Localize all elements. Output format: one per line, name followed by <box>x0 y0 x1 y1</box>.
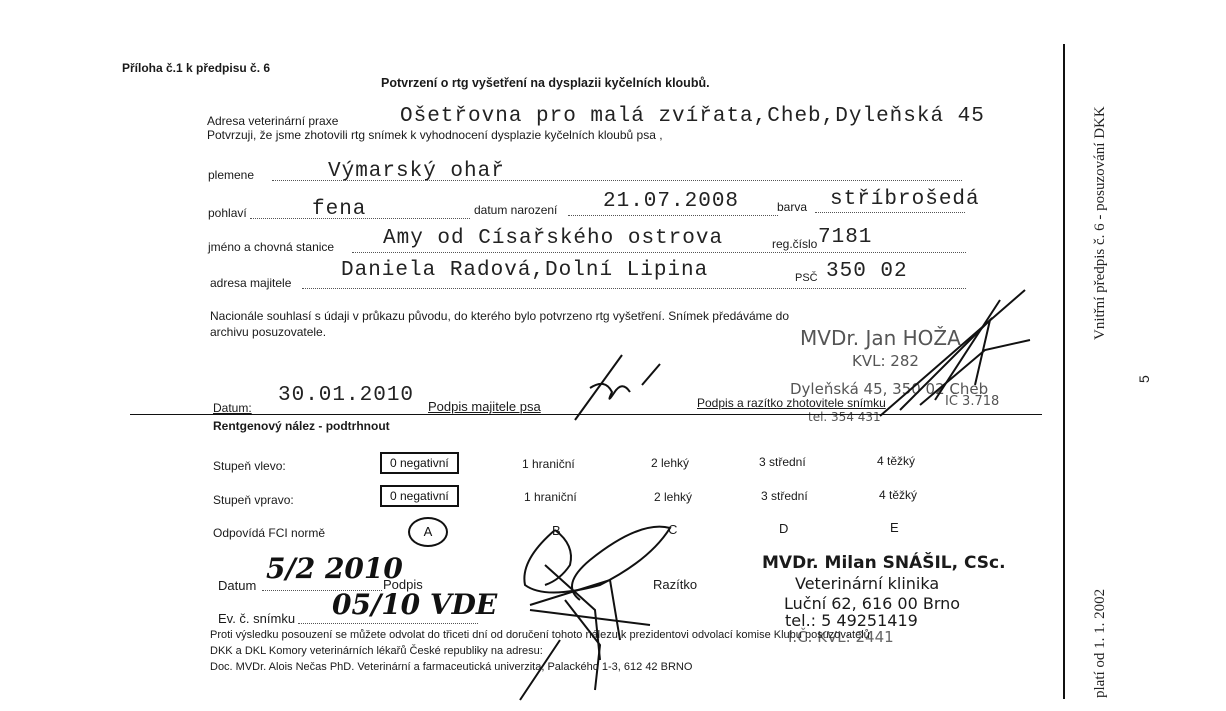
findings-heading: Rentgenový nález - podtrhnout <box>213 419 390 433</box>
fci-option-c[interactable]: C <box>668 522 677 537</box>
owner-label: adresa majitele <box>210 276 291 290</box>
eval-stamp-label: Razítko <box>653 577 697 592</box>
regulation-label: Vnitřní předpis č. 6 - posuzování DKK <box>1092 106 1109 340</box>
grade-left-1[interactable]: 1 hraniční <box>522 457 575 471</box>
evaluator-signature-icon <box>520 527 670 700</box>
valid-from-label: platí od 1. 1. 2002 <box>1092 589 1109 698</box>
ev-number-label: Ev. č. snímku <box>218 611 295 626</box>
appeal-text-3: Doc. MVDr. Alois Nečas PhD. Veterinární … <box>210 661 692 673</box>
breed-value[interactable]: Výmarský ohař <box>328 160 505 183</box>
grade-right-selected[interactable]: 0 negativní <box>380 485 459 507</box>
reg-value[interactable]: 7181 <box>818 226 872 249</box>
grade-left-4[interactable]: 4 těžký <box>877 454 915 468</box>
reg-label: reg.číslo <box>772 237 817 251</box>
vet-practice-label: Adresa veterinární praxe <box>207 114 338 128</box>
signature-rule <box>130 414 1042 415</box>
identity-text-1: Nacionále souhlasí s údaji v průkazu pův… <box>210 309 789 323</box>
color-label: barva <box>777 200 807 214</box>
fci-option-b[interactable]: B <box>552 523 561 538</box>
identity-text-2: archivu posuzovatele. <box>210 325 326 339</box>
date-value[interactable]: 30.01.2010 <box>278 384 414 407</box>
sex-value[interactable]: fena <box>312 198 366 221</box>
grade-right-4[interactable]: 4 těžký <box>879 488 917 502</box>
maker-signature-label: Podpis a razítko zhotovitele snímku <box>697 396 886 410</box>
grade-left-2[interactable]: 2 lehký <box>651 456 689 470</box>
owner-signature-label: Podpis majitele psa <box>428 399 541 414</box>
dob-label: datum narození <box>474 203 557 217</box>
grade-right-2[interactable]: 2 lehký <box>654 490 692 504</box>
name-value[interactable]: Amy od Císařského ostrova <box>383 227 723 250</box>
ev-number-value[interactable]: 05/10 VDE <box>332 588 497 621</box>
fci-label: Odpovídá FCI normě <box>213 526 325 540</box>
date-label: Datum: <box>213 401 252 415</box>
grade-left-3[interactable]: 3 střední <box>759 455 806 469</box>
dob-value[interactable]: 21.07.2008 <box>603 190 739 213</box>
document-title: Potvrzení o rtg vyšetření na dysplazii k… <box>381 76 710 90</box>
appeal-text-1: Proti výsledku posouzení se můžete odvol… <box>210 629 870 641</box>
stamp-1-name: MVDr. Jan HOŽA <box>800 326 961 350</box>
stamp-1-ico: IČ 3.718 <box>945 394 999 409</box>
owner-signature-icon <box>575 355 660 420</box>
stamp-2-name: MVDr. Milan SNÁŠIL, CSc. <box>762 553 1006 573</box>
grade-right-3[interactable]: 3 střední <box>761 489 808 503</box>
color-line <box>815 212 965 213</box>
page-number: 5 <box>1136 375 1152 383</box>
grade-right-1[interactable]: 1 hraniční <box>524 490 577 504</box>
appeal-text-2: DKK a DKL Komory veterinárních lékařů Če… <box>210 645 543 657</box>
vet-practice-value[interactable]: Ošetřovna pro malá zvířata,Cheb,Dyleňská… <box>400 105 985 128</box>
sex-label: pohlaví <box>208 206 247 220</box>
owner-value[interactable]: Daniela Radová,Dolní Lipina <box>341 259 708 282</box>
ev-number-line <box>298 623 478 624</box>
zip-label: PSČ <box>795 272 818 284</box>
dob-line <box>568 215 778 216</box>
stamp-2-clinic: Veterinární klinika <box>795 574 939 593</box>
stamp-1-tel: tel. 354 431 <box>808 410 881 424</box>
page-right-border <box>1063 44 1065 699</box>
annex-label: Příloha č.1 k předpisu č. 6 <box>122 61 270 75</box>
fci-option-a-selected[interactable]: A <box>408 517 448 547</box>
name-label: jméno a chovná stanice <box>208 240 334 254</box>
name-line <box>352 252 966 253</box>
grade-right-label: Stupeň vpravo: <box>213 493 294 507</box>
fci-option-d[interactable]: D <box>779 521 788 536</box>
fci-option-e[interactable]: E <box>890 520 899 535</box>
eval-date-label: Datum <box>218 578 256 593</box>
grade-left-selected[interactable]: 0 negativní <box>380 452 459 474</box>
breed-label: plemene <box>208 168 254 182</box>
owner-line <box>302 288 966 289</box>
zip-value[interactable]: 350 02 <box>826 260 908 283</box>
grade-left-label: Stupeň vlevo: <box>213 459 286 473</box>
confirm-text: Potvrzuji, že jsme zhotovili rtg snímek … <box>207 128 663 142</box>
color-value[interactable]: stříbrošedá <box>830 188 980 211</box>
stamp-1-kvl: KVL: 282 <box>852 352 919 370</box>
